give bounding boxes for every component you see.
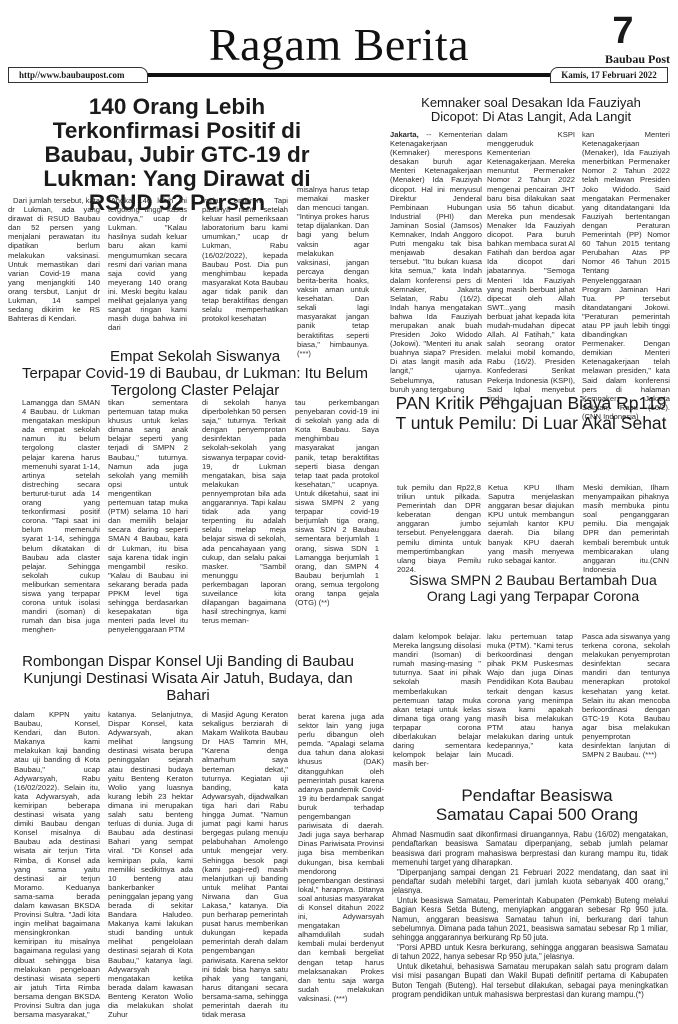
article-column: di Masjid Agung Keraton sekaligus berzia… xyxy=(202,710,288,1019)
article-column: Ketua KPU Ilham Saputra menjelaskan angg… xyxy=(488,483,574,565)
article-column: tuk pemilu dan Rp22,8 triliun untuk pilk… xyxy=(397,483,481,574)
article-column: dalam KPPN yaitu Baubau, Konsel, Kendari… xyxy=(14,710,100,1019)
article-column: misalnya harus tetap memakai masker dan … xyxy=(297,185,369,358)
article-column: "Angka 140 lebih ini tergolong tinggi ka… xyxy=(108,196,187,332)
paragraph: "Diperpanjang sampai dengan 21 Februari … xyxy=(392,868,668,896)
paper-name: Baubau Post xyxy=(605,52,670,67)
article-column: Meski demikian, Ilham menyampaikan pihak… xyxy=(583,483,669,574)
paragraph: Untuk diketahui, behasiswa Samatau merup… xyxy=(392,962,668,1000)
article-column: berat karena juga ada sektor lain yang j… xyxy=(298,712,384,1003)
headline-line: Empat Sekolah Siswanya xyxy=(10,348,380,365)
headline-line: Tergolong Claster Pelajar xyxy=(10,382,380,399)
article-column: Dari jumlah tersebut, kata dr Lukman, ad… xyxy=(8,196,100,323)
dateline: Jakarta, xyxy=(390,130,419,139)
article-headline: Siswa SMPN 2 Baubau Bertambah Dua Orang … xyxy=(404,572,662,604)
article-column: katanya. Selanjutnya, Dispar Konsel, kat… xyxy=(108,710,193,1019)
article-column: kan Menteri Ketenagakerjaan (Menaker), I… xyxy=(582,130,670,421)
article-column: tikan sementara pertemuan tatap muka khu… xyxy=(108,398,188,634)
article-headline: PAN Kritik Pengajuan Biaya Rp119 T untuk… xyxy=(392,393,670,433)
paragraph: Ahmad Nasmudin saat dikonfirmasi diruang… xyxy=(392,830,668,868)
article-headline: Rombongan Dispar Konsel Uji Banding di B… xyxy=(18,653,358,704)
article-column: Lamangga dan SMAN 4 Baubau. dr Lukman me… xyxy=(22,398,100,634)
paragraph: "Porsi APBD untuk Kesra berkurang, sehin… xyxy=(392,943,668,962)
article-column: dalam kelompok belajar. Mereka langsung … xyxy=(393,632,481,768)
website-url: http//www.baubaupost.com xyxy=(8,67,148,83)
article-column: dalam KSPI menggeruduk Kementerian Keten… xyxy=(487,130,575,403)
issue-date: Kamis, 17 Februari 2022 xyxy=(550,67,668,83)
article-column: di sekolah hanya diperbolehkan 50 persen… xyxy=(202,398,286,625)
paragraph: Untuk beasiswa Samatau, Pemerintah Kabup… xyxy=(392,896,668,943)
article-headline: Kemnaker soal Desakan Ida Fauziyah Dicop… xyxy=(408,96,654,124)
article-column: Pasca ada siswanya yang terkena corona, … xyxy=(582,632,670,759)
article-column: varian omicron. Tapi pastinya nanti sete… xyxy=(202,196,288,323)
article-headline: Empat Sekolah Siswanya Terpapar Covid-19… xyxy=(10,348,380,399)
article-column: tau perkembangan penyebaran covid-19 ini… xyxy=(295,398,379,607)
page-number: 7 xyxy=(598,12,648,50)
headline-line: Terpapar Covid-19 di Baubau, dr Lukman: … xyxy=(10,365,380,382)
article-body: Ahmad Nasmudin saat dikonfirmasi diruang… xyxy=(392,830,668,999)
article-column: Jakarta, -- Kementerian Ketenagakerjaan … xyxy=(390,130,482,394)
article-headline: Pendaftar Beasiswa Samatau Capai 500 Ora… xyxy=(432,786,642,824)
section-title: Ragam Berita xyxy=(0,18,678,71)
article-column: laku pertemuan tatap muka (PTM). "Kami t… xyxy=(487,632,573,759)
